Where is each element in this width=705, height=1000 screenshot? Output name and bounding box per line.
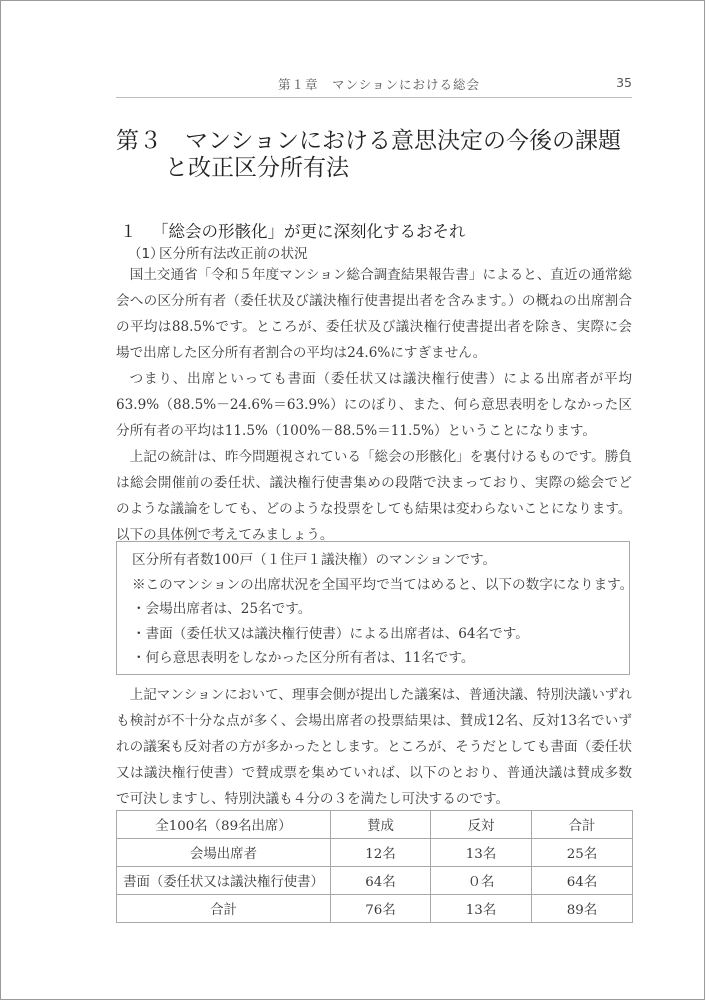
table-header-cell: 全100名（89名出席） xyxy=(117,811,331,839)
paragraph: 上記の統計は、昨今問題視されている「総会の形骸化」を裏付けるものです。勝負は総会… xyxy=(116,444,632,522)
heading-1-text: 「総会の形骸化」が更に深刻化するおそれ xyxy=(152,222,466,241)
body-before-box: 国土交通省「令和５年度マンション総合調査結果報告書」によると、直近の通常総会への… xyxy=(116,262,632,548)
example-line: ・何ら意思表明をしなかった区分所有者は、11名です。 xyxy=(132,646,629,671)
table-header-cell: 合計 xyxy=(532,811,633,839)
table-row: 合計 76名 13名 89名 xyxy=(117,895,633,923)
table-header-cell: 反対 xyxy=(431,811,532,839)
vote-results-table: 全100名（89名出席） 賛成 反対 合計 会場出席者 12名 13名 25名 … xyxy=(116,810,633,923)
paragraph: 国土交通省「令和５年度マンション総合調査結果報告書」によると、直近の通常総会への… xyxy=(116,262,632,366)
table-cell: 13名 xyxy=(431,839,532,867)
example-line: ・書面（委任状又は議決権行使書）による出席者は、64名です。 xyxy=(132,622,629,647)
table-cell: 合計 xyxy=(117,895,331,923)
section-title: 第３ マンションにおける意思決定の今後の課題 と改正区分所有法 xyxy=(116,128,656,182)
table-cell: 25名 xyxy=(532,839,633,867)
example-box: 区分所有者数100戸（１住戸１議決権）のマンションです。 ※このマンションの出席… xyxy=(116,541,630,675)
heading-1-number: １ xyxy=(120,218,152,242)
table-cell: 64名 xyxy=(331,867,431,895)
running-header: 第１章 マンションにおける総会 35 xyxy=(116,74,632,94)
chapter-title: 第１章 マンションにおける総会 xyxy=(278,75,480,93)
section-title-line2: と改正区分所有法 xyxy=(116,155,656,182)
heading-2: （1）区分所有法改正前の状況 xyxy=(128,242,308,262)
header-rule xyxy=(116,97,632,98)
example-line: ・会場出席者は、25名です。 xyxy=(132,597,629,622)
example-line: ※このマンションの出席状況を全国平均で当てはめると、以下の数字になります。 xyxy=(132,573,629,598)
table-cell: 13名 xyxy=(431,895,532,923)
table-cell: 書面（委任状又は議決権行使書） xyxy=(117,867,331,895)
table-header-cell: 賛成 xyxy=(331,811,431,839)
table-header-row: 全100名（89名出席） 賛成 反対 合計 xyxy=(117,811,633,839)
table-cell: 89名 xyxy=(532,895,633,923)
heading-1: １「総会の形骸化」が更に深刻化するおそれ xyxy=(120,218,466,242)
page-number: 35 xyxy=(616,75,632,90)
example-line: 区分所有者数100戸（１住戸１議決権）のマンションです。 xyxy=(132,548,629,573)
heading-2-number: （1） xyxy=(128,242,159,262)
body-after-box: 上記マンションにおいて、理事会側が提出した議案は、普通決議、特別決議いずれも検討… xyxy=(116,682,632,812)
table-row: 書面（委任状又は議決権行使書） 64名 ０名 64名 xyxy=(117,867,633,895)
table-row: 会場出席者 12名 13名 25名 xyxy=(117,839,633,867)
paragraph: つまり、出席といっても書面（委任状又は議決権行使書）による出席者が平均63.9%… xyxy=(116,366,632,444)
table-cell: 76名 xyxy=(331,895,431,923)
table-cell: 会場出席者 xyxy=(117,839,331,867)
table-cell: ０名 xyxy=(431,867,532,895)
paragraph: 上記マンションにおいて、理事会側が提出した議案は、普通決議、特別決議いずれも検討… xyxy=(116,682,632,812)
heading-2-text: 区分所有法改正前の状況 xyxy=(159,246,308,262)
section-title-line1: 第３ マンションにおける意思決定の今後の課題 xyxy=(116,128,621,154)
table-cell: 64名 xyxy=(532,867,633,895)
table-cell: 12名 xyxy=(331,839,431,867)
